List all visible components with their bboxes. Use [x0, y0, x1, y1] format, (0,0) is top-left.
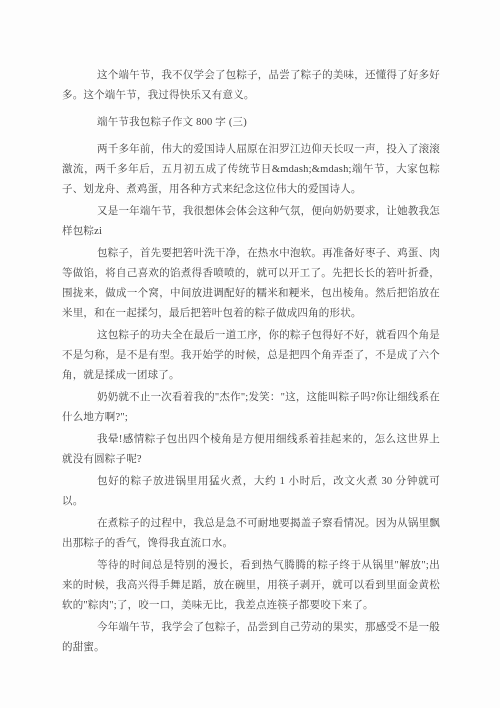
essay-body: 这个端午节，我不仅学会了包粽子，品尝了粽子的美味，还懂得了好多好多。这个端午节，…	[62, 66, 440, 660]
essay-section-heading: 端午节我包粽子作文 800 字 (三)	[62, 113, 440, 133]
essay-paragraph-steps: 包粽子，首先要把箬叶洗干净，在热水中泡软。再准备好枣子、鸡蛋、肉等做馅，将自己喜…	[62, 244, 440, 324]
essay-paragraph-tasting: 等待的时间总是特别的漫长，看到热气腾腾的粽子终于从锅里"解放";出来的时候，我高…	[62, 556, 440, 616]
essay-paragraph-intro: 这个端午节，我不仅学会了包粽子，品尝了粽子的美味，还懂得了好多好多。这个端午节，…	[62, 66, 440, 106]
essay-paragraph-conclusion: 今年端午节，我学会了包粽子，品尝到自己劳动的果实，那感受不是一般的甜蜜。	[62, 618, 440, 658]
essay-paragraph-skill: 这包粽子的功夫全在最后一道工序，你的粽子包得好不好，就看四个角是不是匀称，是不是…	[62, 326, 440, 386]
essay-paragraph-cooking-time: 包好的粽子放进锅里用猛火煮，大约 1 小时后，改文火煮 30 分钟就可以。	[62, 472, 440, 512]
essay-paragraph-grandma-laugh: 奶奶就不止一次看着我的"杰作";发笑："这，这能叫粽子吗?你让细线系在什么地方啊…	[62, 388, 440, 428]
essay-paragraph-origin: 两千多年前，伟大的爱国诗人屈原在汨罗江边仰天长叹一声，投入了滚滚激流，两千多年后…	[62, 140, 440, 200]
essay-paragraph-aroma: 在煮粽子的过程中，我总是急不可耐地要揭盖子察看情况。因为从锅里飘出那粽子的香气，…	[62, 514, 440, 554]
document-page: 这个端午节，我不仅学会了包粽子，品尝了粽子的美味，还懂得了好多好多。这个端午节，…	[0, 0, 500, 708]
essay-paragraph-realization: 我晕!感情粽子包出四个棱角是方便用细线系着挂起来的，怎么这世界上就没有圆粽子呢?	[62, 430, 440, 470]
essay-paragraph-request: 又是一年端午节，我很想体会体会这种气氛，便向奶奶要求，让她教我怎样包粽zi	[62, 202, 440, 242]
